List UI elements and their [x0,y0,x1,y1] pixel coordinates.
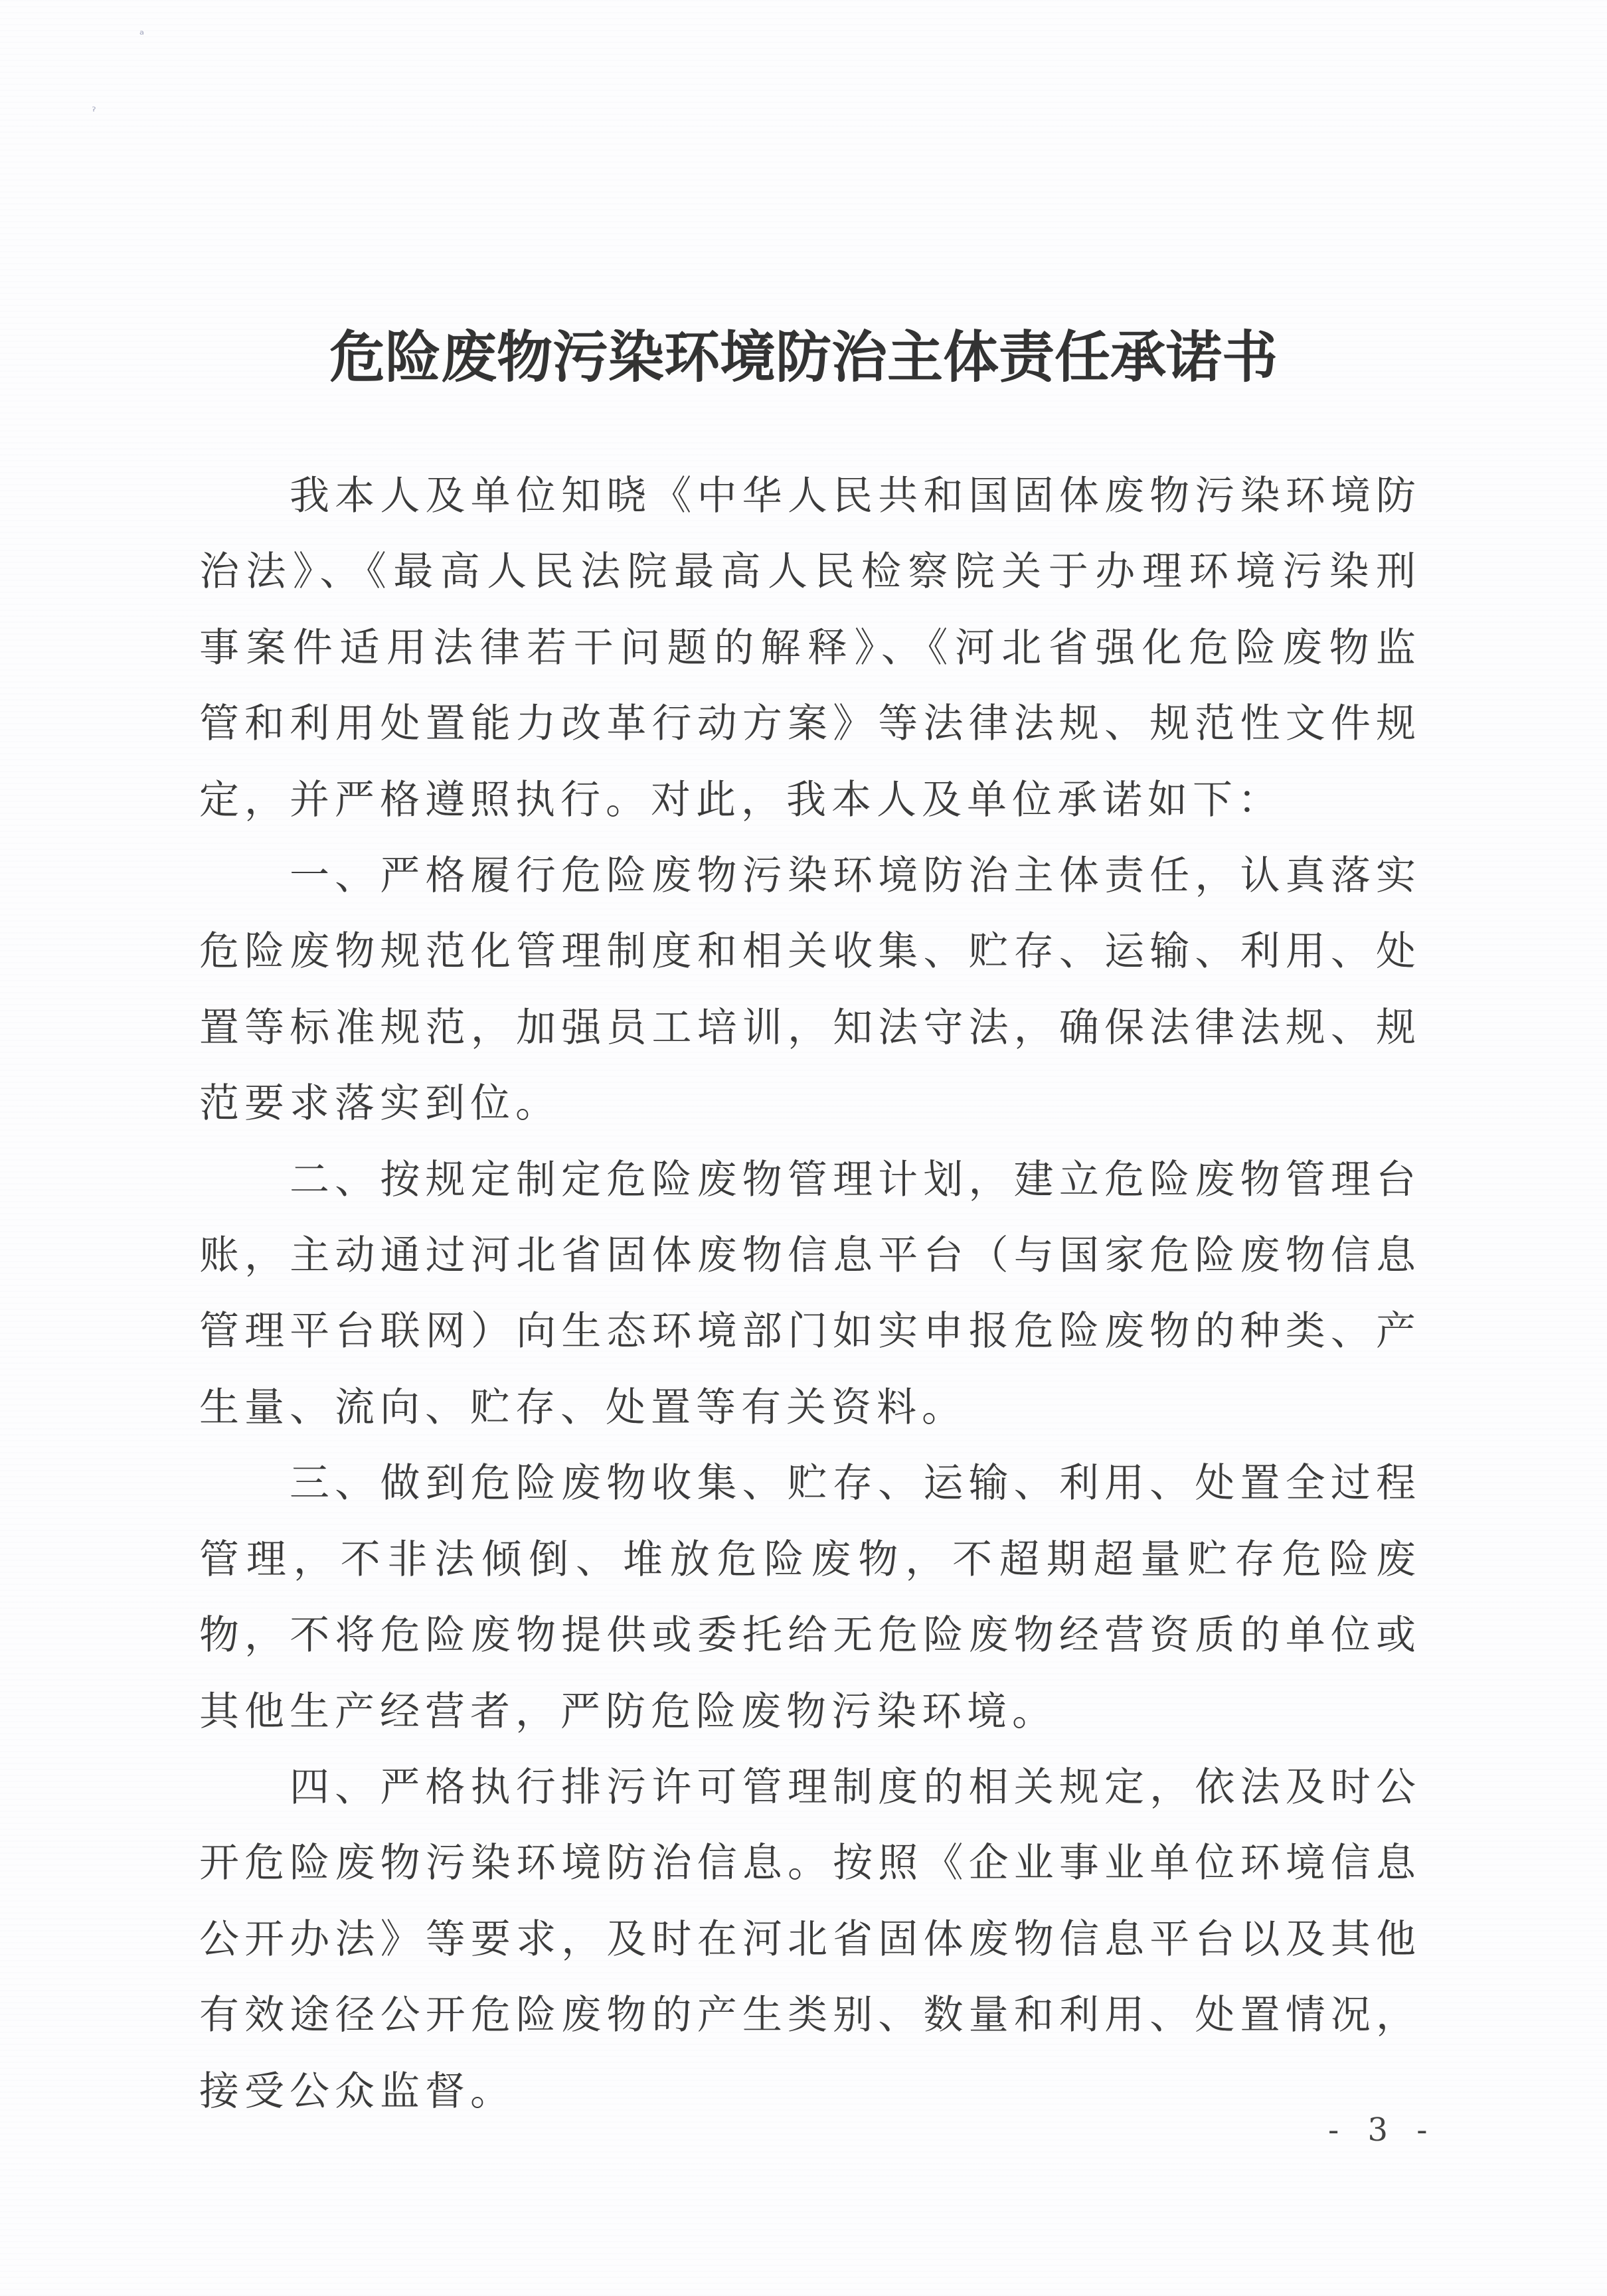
paragraph-commitment-1: 一、严格履行危险废物污染环境防治主体责任，认真落实危险废物规范化管理制度和相关收… [199,838,1421,1142]
document-body: 我本人及单位知晓《中华人民共和国固体废物污染环境防治法》、《最高人民法院最高人民… [199,458,1421,2129]
paragraph-commitment-4: 四、严格执行排污许可管理制度的相关规定，依法及时公开危险废物污染环境防治信息。按… [199,1750,1421,2129]
document-page: ᵃ ˀ 危险废物污染环境防治主体责任承诺书 我本人及单位知晓《中华人民共和国固体… [0,0,1607,2296]
paragraph-commitment-3: 三、做到危险废物收集、贮存、运输、利用、处置全过程管理，不非法倾倒、堆放危险废物… [199,1445,1421,1750]
paragraph-intro: 我本人及单位知晓《中华人民共和国固体废物污染环境防治法》、《最高人民法院最高人民… [199,458,1421,838]
scan-artifact-mark: ˀ [92,105,96,119]
page-number: - 3 - [1328,2111,1437,2149]
scan-artifact-mark: ᵃ [139,28,144,42]
document-title: 危险废物污染环境防治主体责任承诺书 [0,324,1607,390]
paragraph-commitment-2: 二、按规定制定危险废物管理计划，建立危险废物管理台账，主动通过河北省固体废物信息… [199,1142,1421,1446]
